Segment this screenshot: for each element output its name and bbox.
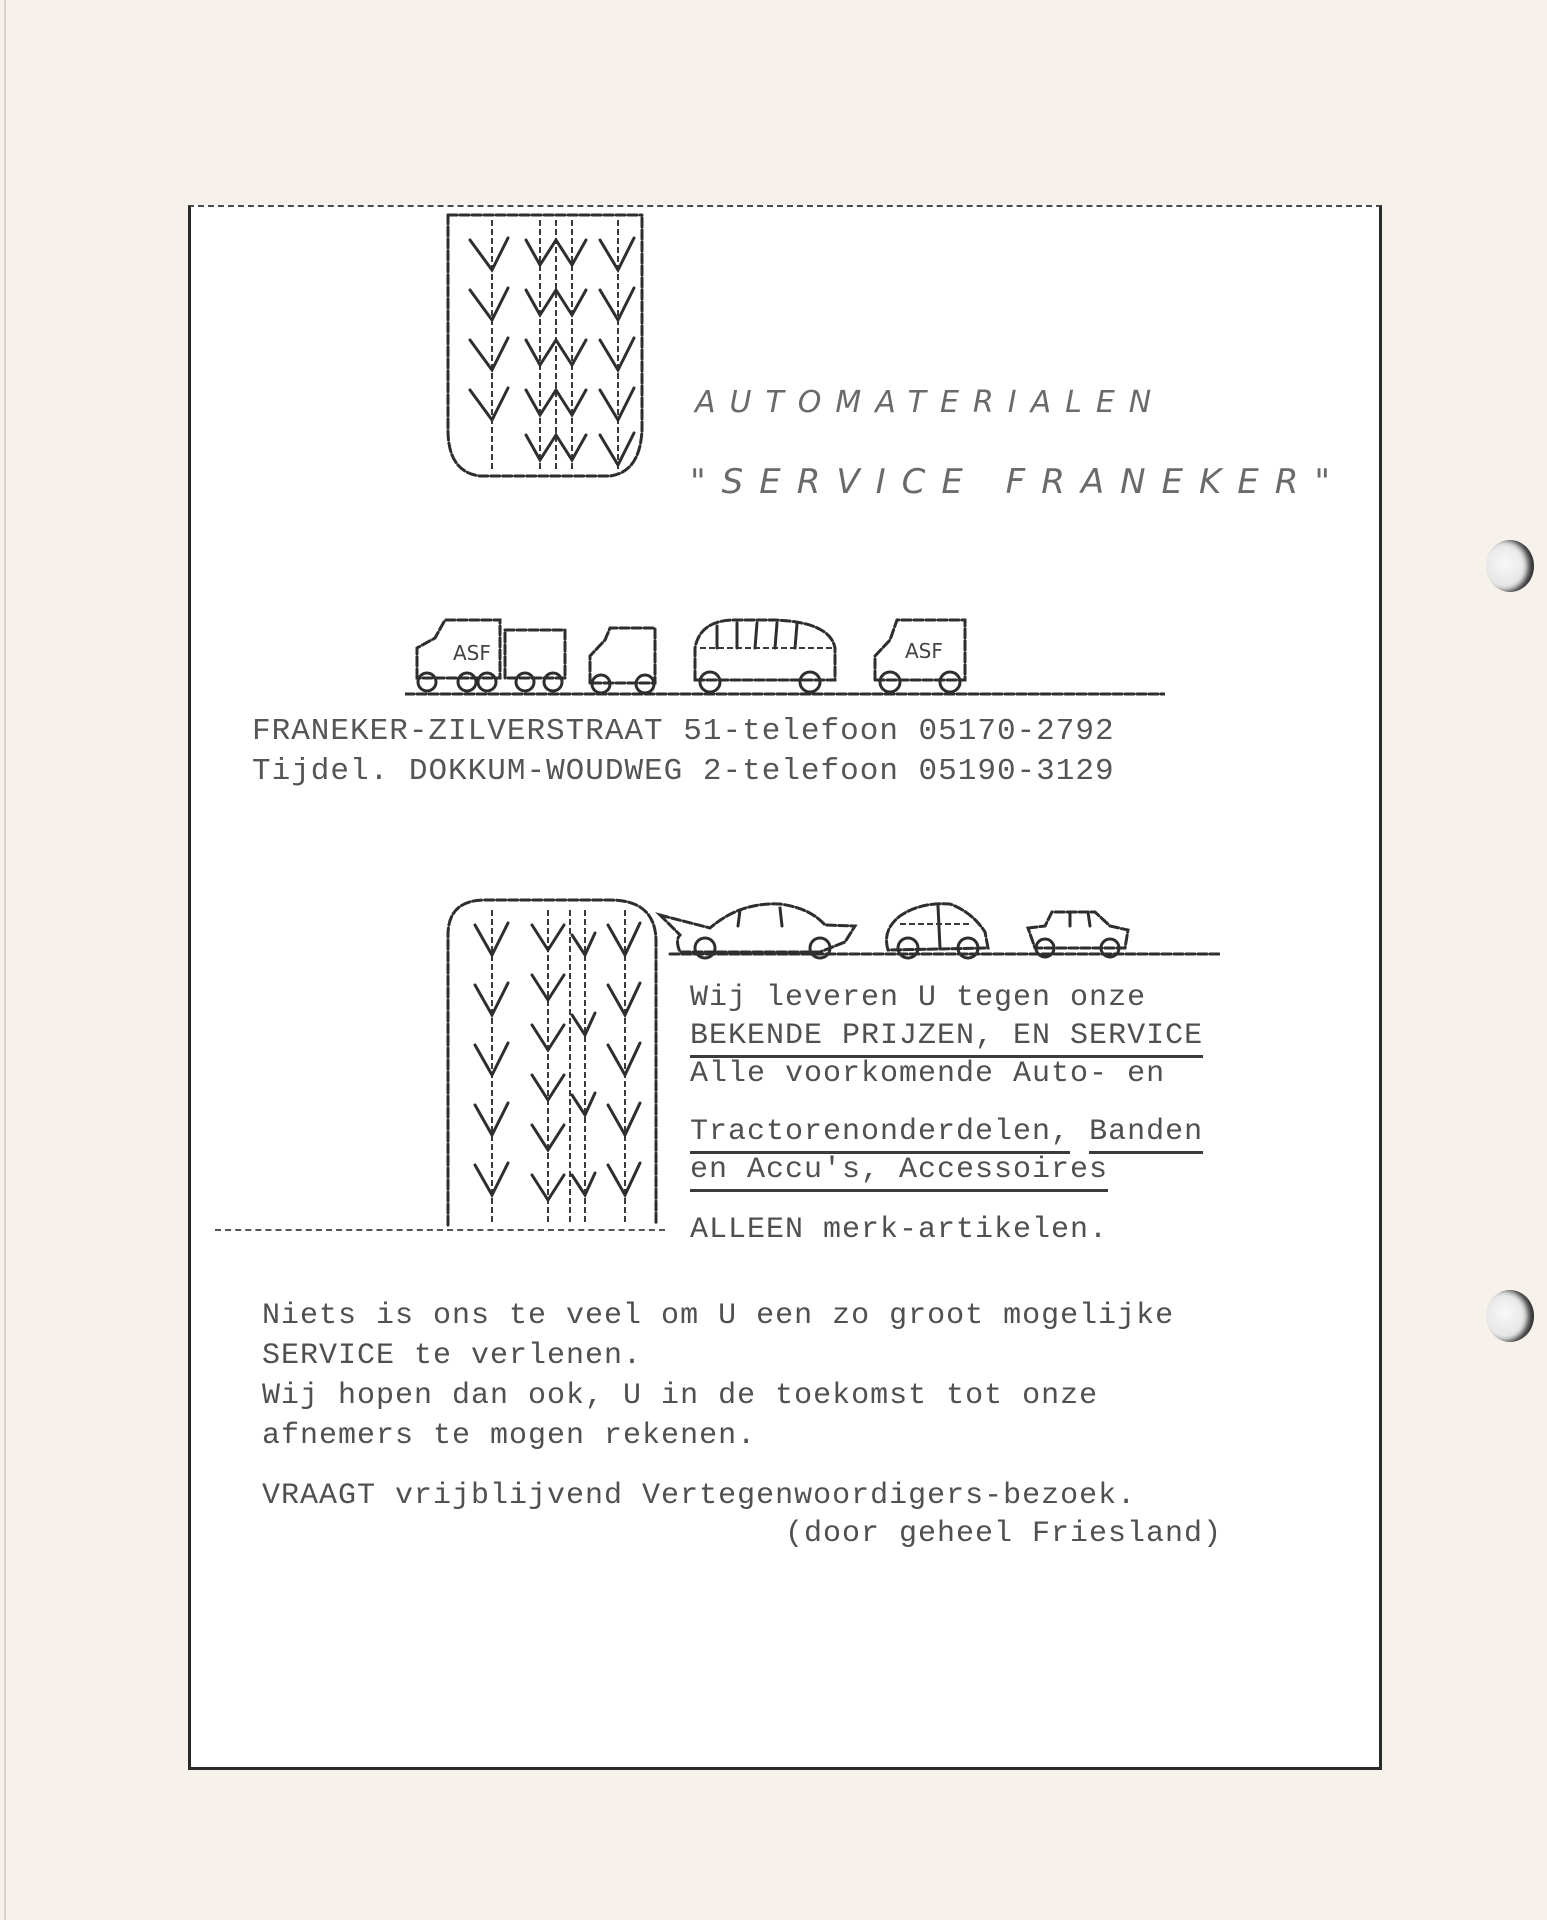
offer-line-4-part-1: Tractorenonderdelen, — [690, 1115, 1070, 1154]
address-location: FRANEKER-ZILVERSTRAAT 51 — [252, 714, 722, 749]
sedan-car-icon — [1028, 912, 1128, 957]
bus-icon — [695, 620, 835, 692]
offer-line-2-text: BEKENDE PRIJZEN, EN SERVICE — [690, 1019, 1203, 1058]
punch-hole-top — [1486, 540, 1534, 592]
closing-line-3: Wij hopen dan ook, U in de toekomst tot … — [262, 1376, 1098, 1416]
offer-line-5-text: en Accu's, Accessoires — [690, 1153, 1108, 1192]
truck-label: ASF — [453, 641, 491, 665]
phone-number: 05170-2792 — [919, 714, 1115, 749]
closing-line-2: SERVICE te verlenen. — [262, 1336, 642, 1376]
closing-line-1: Niets is ons te veel om U een zo groot m… — [262, 1296, 1174, 1336]
vehicle-row-top: ASF ASF — [405, 608, 1165, 698]
closing-line-5: VRAAGT vrijblijvend Vertegenwoordigers-b… — [262, 1476, 1136, 1516]
small-van-icon — [590, 628, 655, 693]
tire-tread-icon — [440, 210, 650, 480]
heading-line-1: AUTOMATERIALEN — [695, 385, 1165, 420]
phone-number: 05190-3129 — [919, 754, 1115, 789]
offer-line-4: Tractorenonderdelen, Banden — [690, 1112, 1203, 1152]
address-location: DOKKUM-WOUDWEG 2 — [409, 754, 723, 789]
closing-line-6: (door geheel Friesland) — [785, 1514, 1222, 1554]
tire-tread-icon — [440, 895, 665, 1230]
punch-hole-bottom — [1486, 1290, 1534, 1342]
vehicle-row-bottom — [650, 890, 1220, 960]
van-label: ASF — [905, 639, 943, 663]
sports-car-icon — [660, 904, 855, 958]
address-prefix: Tijdel. — [252, 754, 389, 789]
offer-line-4-part-2: Banden — [1089, 1115, 1203, 1154]
offer-line-5: en Accu's, Accessoires — [690, 1150, 1108, 1190]
offer-line-3: Alle voorkomende Auto- en — [690, 1054, 1165, 1094]
address-line-1: FRANEKER-ZILVERSTRAAT 51-telefoon 05170-… — [252, 712, 1115, 752]
offer-line-6: ALLEEN merk-artikelen. — [690, 1210, 1108, 1250]
phone-label: telefoon — [742, 714, 899, 749]
delivery-van-icon: ASF — [875, 620, 965, 692]
phone-label: telefoon — [742, 754, 899, 789]
offer-line-2: BEKENDE PRIJZEN, EN SERVICE — [690, 1016, 1203, 1056]
truck-with-trailer-icon: ASF — [417, 620, 565, 691]
divider-line — [215, 1229, 665, 1231]
closing-line-4: afnemers te mogen rekenen. — [262, 1416, 756, 1456]
address-line-2: Tijdel. DOKKUM-WOUDWEG 2-telefoon 05190-… — [252, 752, 1115, 792]
offer-line-1: Wij leveren U tegen onze — [690, 978, 1146, 1018]
page-edge — [4, 0, 6, 1920]
heading-line-2: "SERVICE FRANEKER" — [690, 462, 1346, 502]
beetle-car-icon — [887, 904, 989, 958]
